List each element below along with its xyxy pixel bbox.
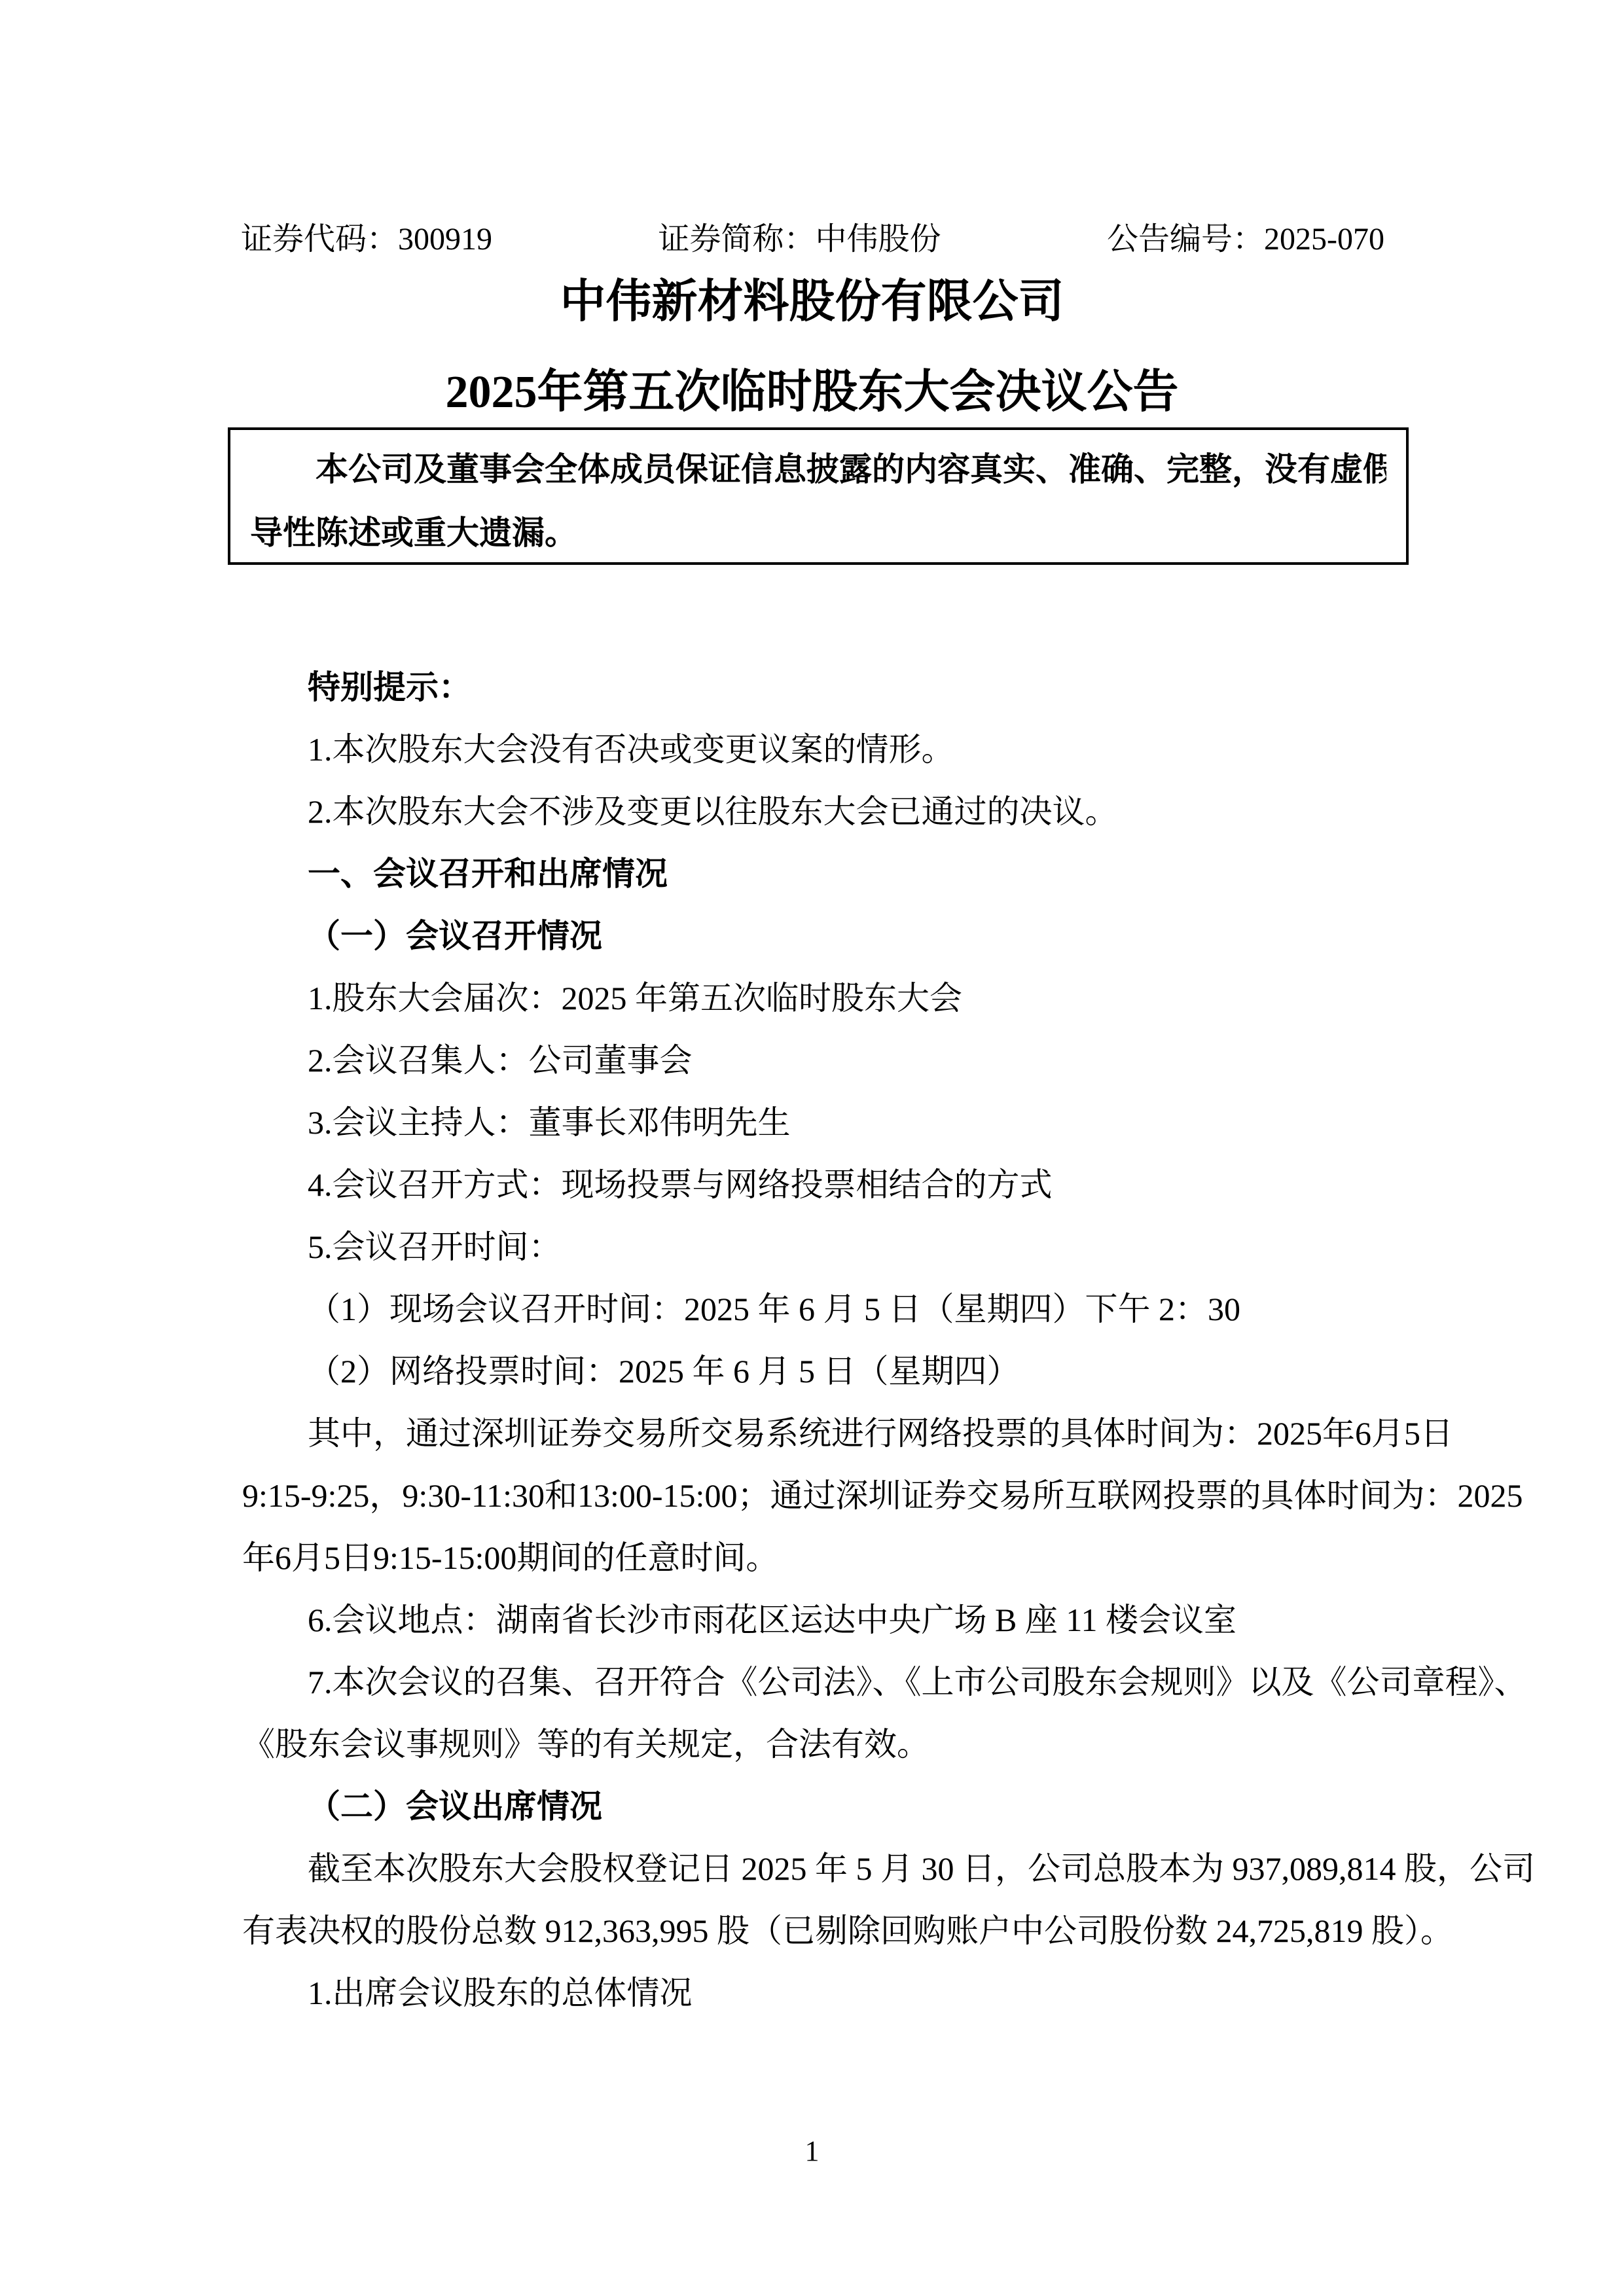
body-line: 2.本次股东大会不涉及变更以往股东大会已通过的决议。 — [242, 781, 1384, 843]
body-line: （一）会议召开情况 — [242, 905, 1384, 967]
body-line: （二）会议出席情况 — [242, 1776, 1384, 1838]
body-line: 1.股东大会届次：2025 年第五次临时股东大会 — [242, 967, 1384, 1030]
body-line: 特别提示： — [242, 656, 1384, 719]
body-line: 1.出席会议股东的总体情况 — [242, 1962, 1384, 2024]
disclaimer-line: 导性陈述或重大遗漏。 — [250, 501, 1386, 565]
body-line: 《股东会议事规则》等的有关规定，合法有效。 — [242, 1713, 1384, 1776]
body-line: 7.本次会议的召集、召开符合《公司法》、《上市公司股东会规则》以及《公司章程》、 — [242, 1651, 1384, 1713]
body-line: 截至本次股东大会股权登记日 2025 年 5 月 30 日，公司总股本为 937… — [242, 1838, 1384, 1900]
body-line: 2.会议召集人：公司董事会 — [242, 1030, 1384, 1092]
body-line: 1.本次股东大会没有否决或变更议案的情形。 — [242, 719, 1384, 781]
body-line: 9:15-9:25，9:30-11:30和13:00-15:00；通过深圳证券交… — [242, 1465, 1384, 1527]
stock-short-name: 证券简称：中伟股份 — [659, 220, 941, 259]
disclaimer-box: 本公司及董事会全体成员保证信息披露的内容真实、准确、完整，没有虚假记载、误 导性… — [228, 427, 1409, 565]
company-name-title: 中伟新材料股份有限公司 — [0, 275, 1624, 330]
body-line: 4.会议召开方式：现场投票与网络投票相结合的方式 — [242, 1154, 1384, 1216]
body-line: 3.会议主持人：董事长邓伟明先生 — [242, 1092, 1384, 1154]
disclaimer-line: 本公司及董事会全体成员保证信息披露的内容真实、准确、完整，没有虚假记载、误 — [250, 438, 1386, 501]
announcement-title: 2025年第五次临时股东大会决议公告 — [0, 365, 1624, 420]
body-line: （1）现场会议召开时间：2025 年 6 月 5 日（星期四）下午 2：30 — [242, 1278, 1384, 1340]
body-line: 其中，通过深圳证券交易所交易系统进行网络投票的具体时间为：2025年6月5日 — [242, 1403, 1384, 1465]
body-line: 有表决权的股份总数 912,363,995 股（已剔除回购账户中公司股份数 24… — [242, 1900, 1384, 1962]
body-line: （2）网络投票时间：2025 年 6 月 5 日（星期四） — [242, 1340, 1384, 1403]
announcement-page: 证券代码：300919 证券简称：中伟股份 公告编号：2025-070 中伟新材… — [0, 0, 1624, 2296]
body-line: 一、会议召开和出席情况 — [242, 843, 1384, 905]
body-line: 年6月5日9:15-15:00期间的任意时间。 — [242, 1527, 1384, 1589]
stock-code: 证券代码：300919 — [241, 220, 492, 259]
body-line: 6.会议地点：湖南省长沙市雨花区运达中央广场 B 座 11 楼会议室 — [242, 1589, 1384, 1651]
page-number: 1 — [0, 2135, 1624, 2168]
body-content: 特别提示：1.本次股东大会没有否决或变更议案的情形。2.本次股东大会不涉及变更以… — [242, 656, 1384, 2024]
body-line: 5.会议召开时间： — [242, 1216, 1384, 1278]
document-header-row: 证券代码：300919 证券简称：中伟股份 公告编号：2025-070 — [241, 220, 1384, 259]
announcement-number: 公告编号：2025-070 — [1107, 220, 1384, 259]
